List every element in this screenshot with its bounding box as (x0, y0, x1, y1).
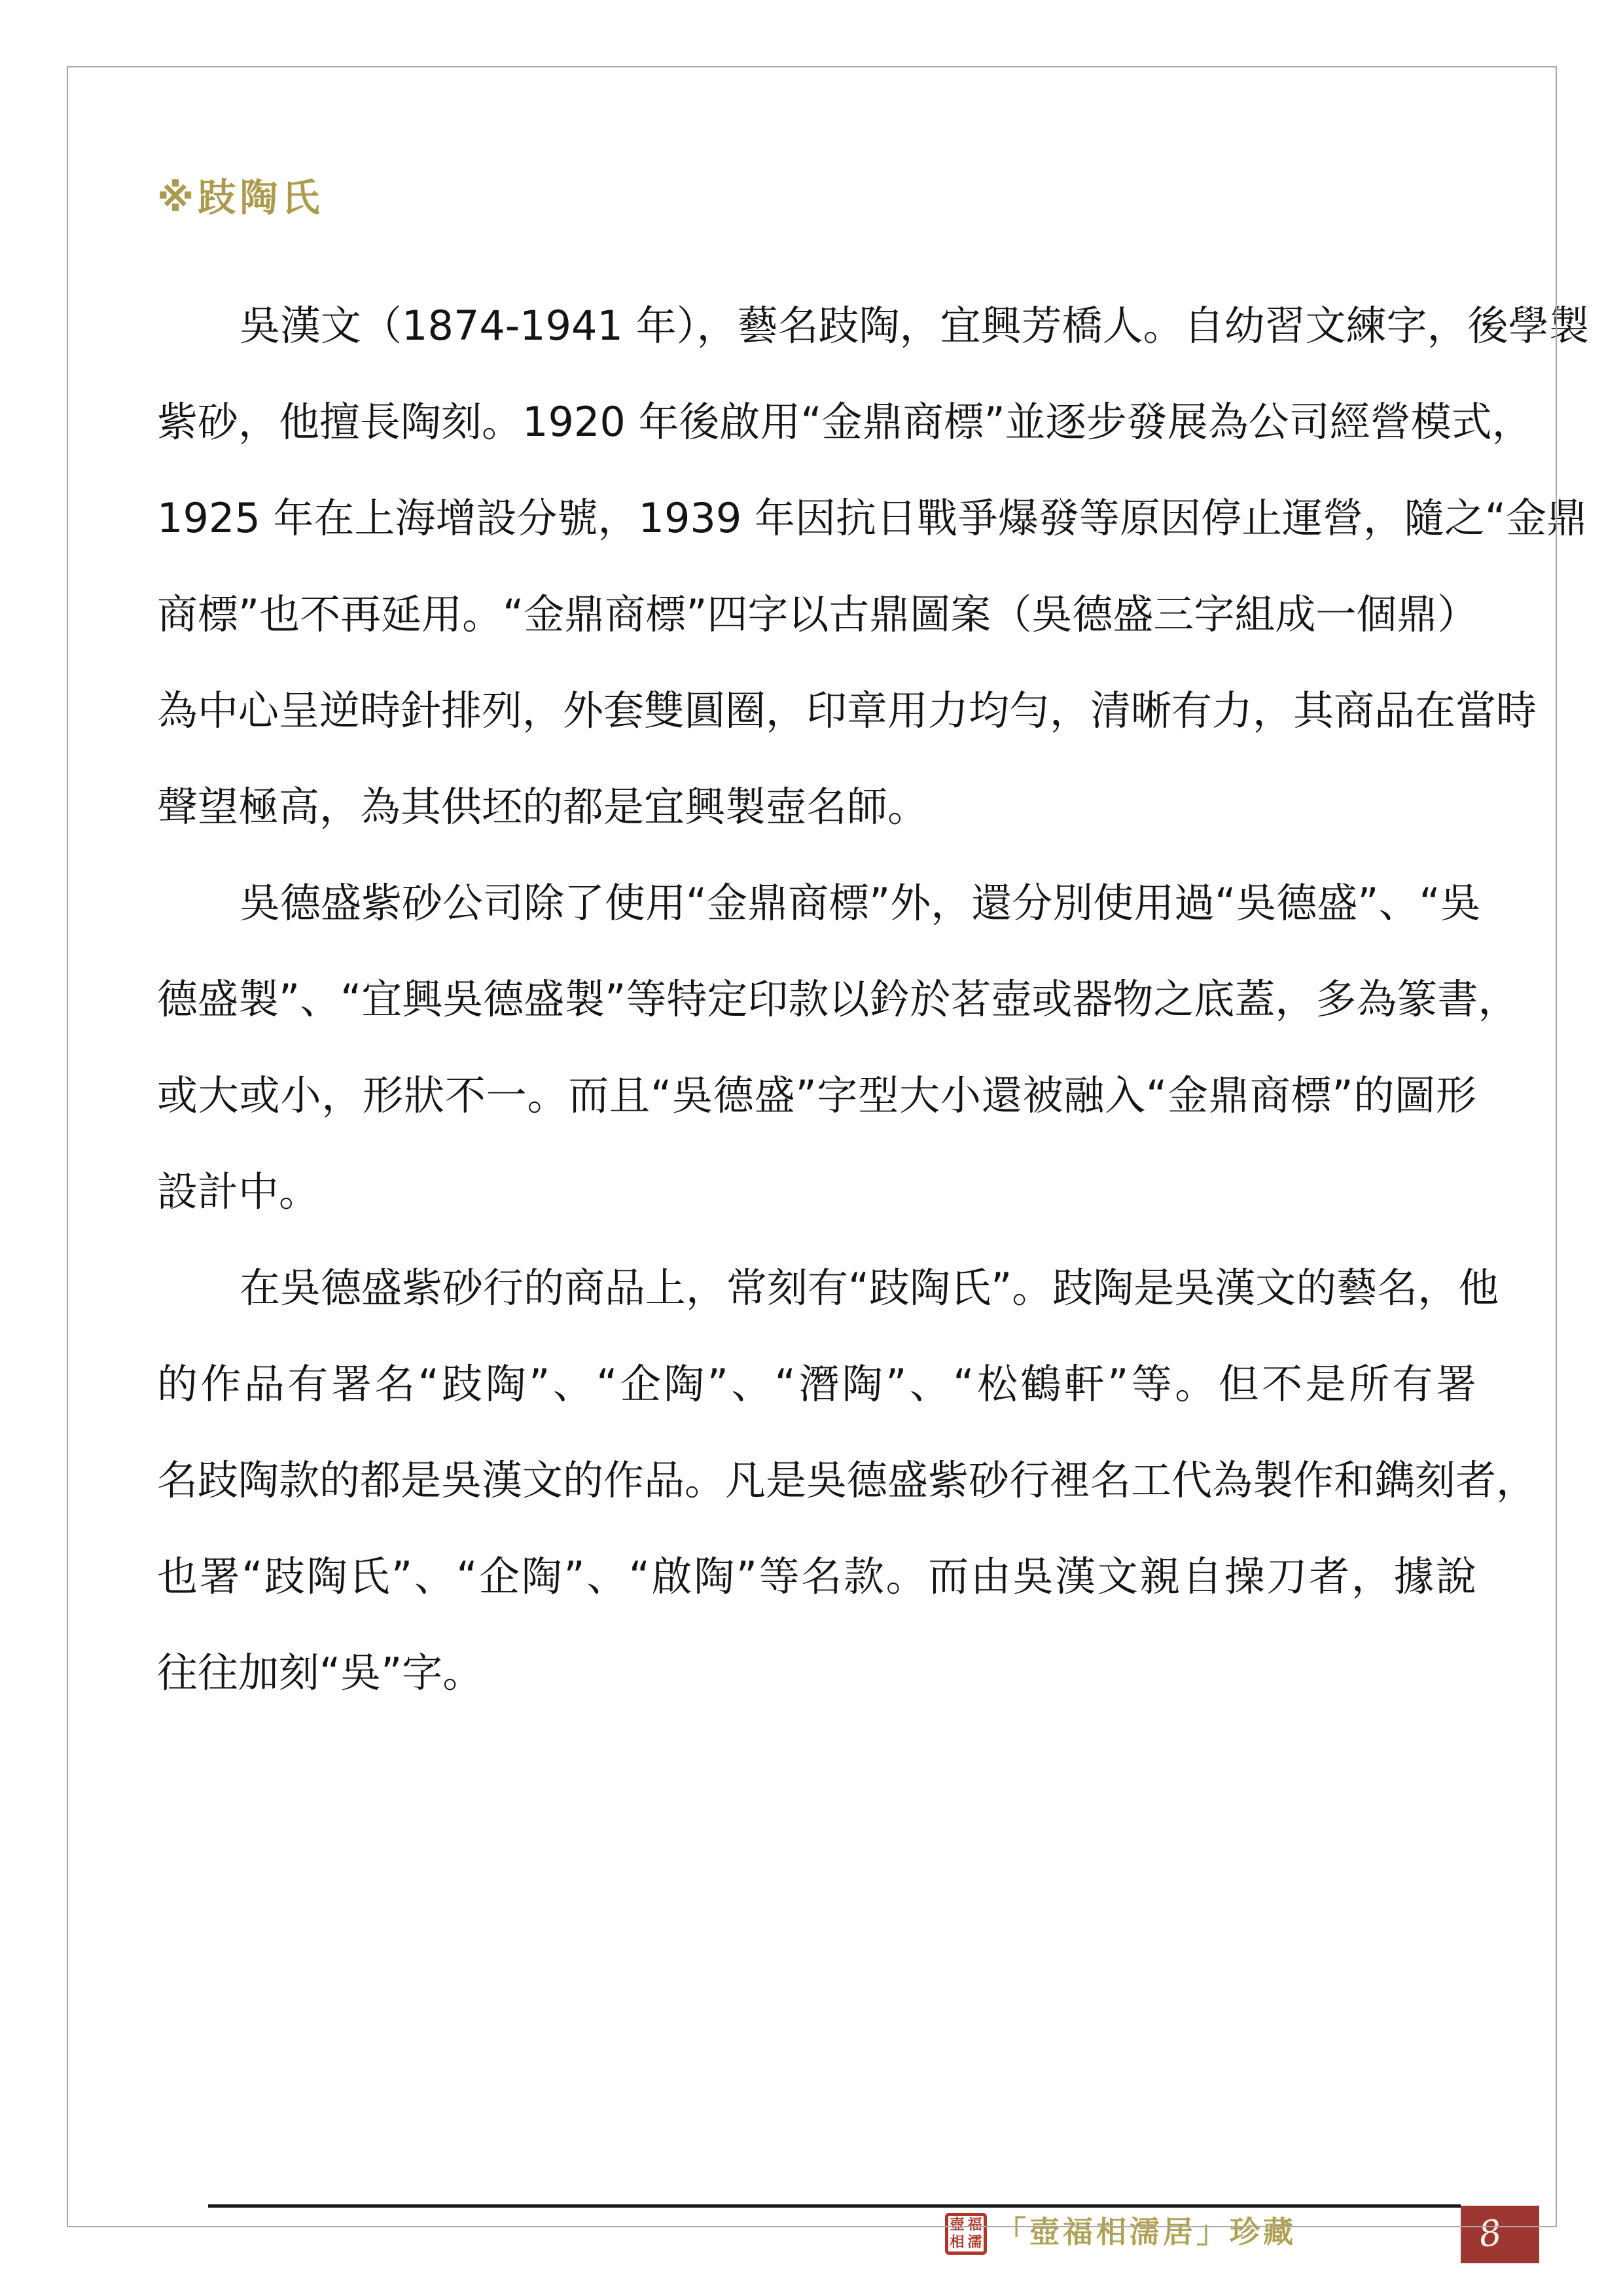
footer-divider-rule (208, 2204, 1461, 2208)
page-number: 8 (1458, 2211, 1505, 2257)
body-line: 在吳德盛紫砂行的商品上，常刻有“跂陶氏”。跂陶是吳漢文的藝名，他 (157, 1240, 1476, 1336)
collection-seal-icon: 壺 福 相 濡 (945, 2213, 987, 2255)
collection-label: 「壺福相濡居」珍藏 (996, 2208, 1296, 2255)
seal-char: 相 (950, 2236, 964, 2250)
body-line: 或大或小，形狀不一。而且“吳德盛”字型大小還被融入“金鼎商標”的圖形 (157, 1047, 1476, 1143)
body-line: 德盛製”、“宜興吳德盛製”等特定印款以鈐於茗壺或器物之底蓋，多為篆書， (157, 951, 1476, 1047)
body-line: 名跂陶款的都是吳漢文的作品。凡是吳德盛紫砂行裡名工代為製作和鐫刻者， (157, 1432, 1476, 1528)
seal-char: 濡 (967, 2236, 982, 2250)
body-line: 的作品有署名“跂陶”、“企陶”、“潛陶”、“松鶴軒”等。但不是所有署 (157, 1336, 1476, 1432)
body-text-block: 吳漢文（1874-1941 年），藝名跂陶，宜興芳橋人。自幼習文練字，後學製 紫… (157, 278, 1476, 1721)
body-line: 吳德盛紫砂公司除了使用“金鼎商標”外，還分別使用過“吳德盛”、“吳 (157, 855, 1476, 951)
body-line: 往往加刻“吳”字。 (157, 1624, 1476, 1721)
seal-char: 壺 (950, 2218, 964, 2233)
body-line: 也署“跂陶氏”、“企陶”、“啟陶”等名款。而由吳漢文親自操刀者，據說 (157, 1528, 1476, 1624)
seal-char: 福 (967, 2218, 982, 2233)
page-number-badge: 8 (1461, 2206, 1539, 2263)
body-line: 1925 年在上海增設分號，1939 年因抗日戰爭爆發等原因停止運營，隨之“金鼎 (157, 470, 1476, 566)
body-line: 設計中。 (157, 1143, 1476, 1240)
body-line: 商標”也不再延用。“金鼎商標”四字以古鼎圖案（吳德盛三字組成一個鼎） (157, 566, 1476, 662)
document-page: ※跂陶氏 吳漢文（1874-1941 年），藝名跂陶，宜興芳橋人。自幼習文練字，… (0, 0, 1623, 2296)
section-title: ※跂陶氏 (157, 171, 323, 224)
body-line: 紫砂，他擅長陶刻。1920 年後啟用“金鼎商標”並逐步發展為公司經營模式， (157, 374, 1476, 470)
body-line: 吳漢文（1874-1941 年），藝名跂陶，宜興芳橋人。自幼習文練字，後學製 (157, 278, 1476, 374)
body-line: 聲望極高，為其供坯的都是宜興製壺名師。 (157, 759, 1476, 855)
body-line: 為中心呈逆時針排列，外套雙圓圈，印章用力均勻，清晰有力，其商品在當時 (157, 662, 1476, 759)
